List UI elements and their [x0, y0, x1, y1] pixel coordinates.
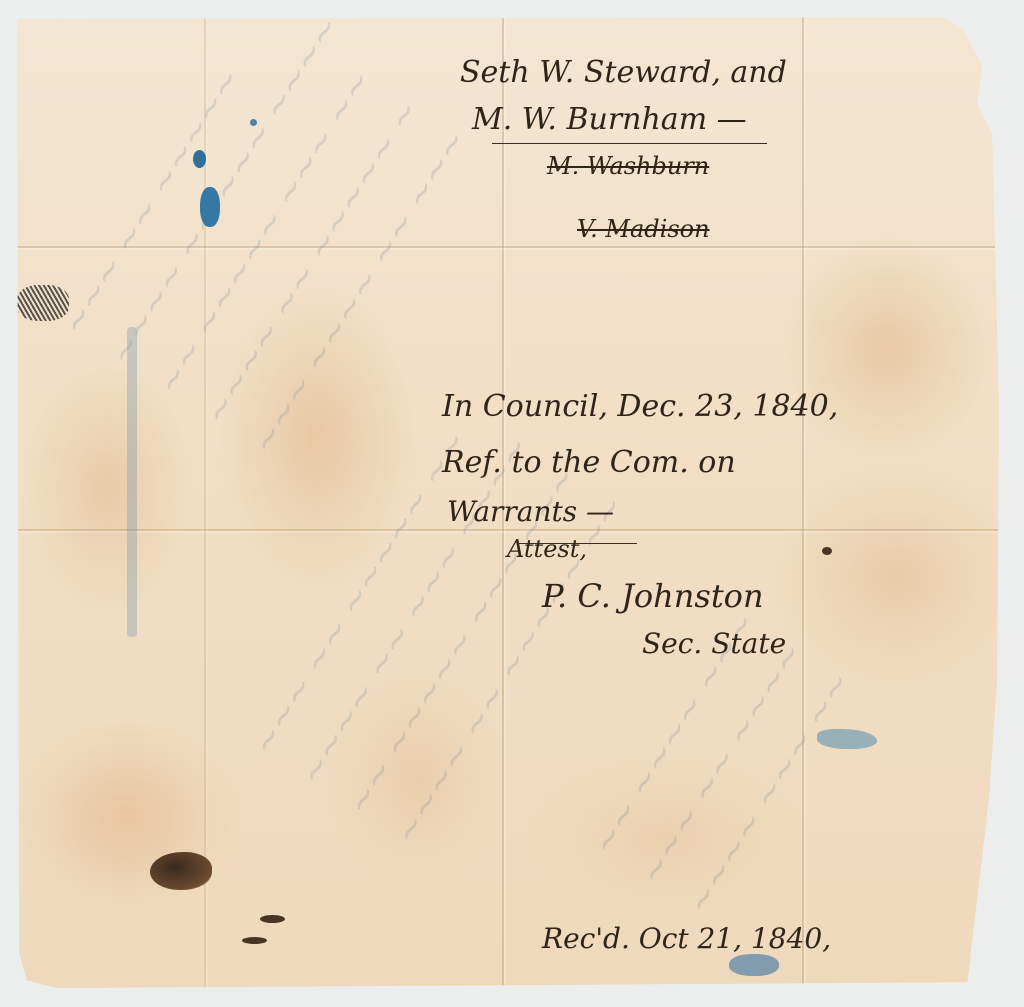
fold-line-horizontal: [17, 246, 1007, 248]
party-name-line: M. W. Burnham —: [472, 102, 747, 137]
struck-place-name: V. Madison: [577, 215, 710, 243]
signatory-title: Sec. State: [642, 627, 786, 660]
signature: P. C. Johnston: [542, 577, 764, 615]
rule-line: [517, 543, 637, 544]
fold-line-vertical: [802, 17, 804, 992]
party-name-line: Seth W. Steward, and: [460, 55, 787, 90]
bleed-through-writing: ~~~ ~~ ~~~~~ ~~~~ ~~ ~~~ ~~~~ ~~ ~~~~~ ~…: [47, 0, 498, 465]
brown-stain: [242, 937, 267, 944]
fold-line-horizontal: [17, 529, 1007, 531]
blue-ink-stain: [817, 729, 877, 749]
endorsement-committee-line: Warrants —: [447, 495, 614, 528]
blue-ink-stain: [729, 954, 779, 976]
blue-ink-stain: [200, 187, 220, 227]
brown-stain: [260, 915, 285, 923]
brown-stain: [150, 852, 212, 890]
received-date: Rec'd. Oct 21, 1840,: [542, 922, 831, 955]
fingerprint-smudge: [17, 285, 69, 321]
attest-label: Attest,: [507, 535, 587, 563]
blue-ink-stain: [193, 150, 206, 168]
brown-stain: [822, 547, 832, 555]
endorsement-referral-line: Ref. to the Com. on: [442, 445, 736, 480]
pencil-mark: [127, 327, 137, 637]
blue-ink-stain: [250, 119, 257, 126]
endorsement-date-line: In Council, Dec. 23, 1840,: [442, 389, 838, 424]
rule-line: [492, 143, 767, 144]
manuscript-page: ~~~ ~~ ~~~~~ ~~~~ ~~ ~~~ ~~~~ ~~ ~~~~~ ~…: [17, 17, 1007, 992]
struck-party-name: M. Washburn: [547, 152, 709, 180]
